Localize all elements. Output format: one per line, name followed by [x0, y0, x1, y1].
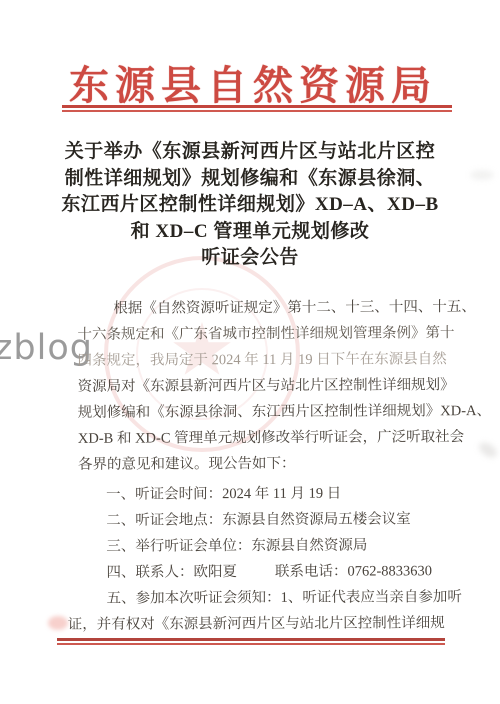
- scanned-document-page: zblog 东源县自然资源局 关于举办《东源县新河西片区与站北片区控 制性详细规…: [0, 0, 500, 704]
- contact-phone: 联系电话：0762-8833630: [275, 558, 432, 585]
- body-line-hearing-host: 三、举行听证会单位：东源县自然资源局: [78, 532, 452, 560]
- contact-person: 四、联系人：欧阳夏: [106, 559, 237, 586]
- document-title: 关于举办《东源县新河西片区与站北片区控 制性详细规划》规划修编和《东源县徐洞、 …: [0, 139, 500, 272]
- agency-header: 东源县自然资源局: [0, 54, 500, 111]
- body-line-notice: 五、参加本次听证会须知：1、听证代表应当亲自参加听: [79, 584, 453, 612]
- body-line: 资源局对《东源县新河西片区与站北片区控制性详细规划》: [78, 372, 452, 400]
- footer-divider: [57, 638, 445, 645]
- title-line: 制性详细规划》规划修编和《东源县徐洞、: [0, 166, 500, 193]
- body-line: 根据《自然资源听证规定》第十二、十三、十四、十五、: [77, 294, 451, 322]
- document-body: 根据《自然资源听证规定》第十二、十三、十四、十五、 十六条规定和《广东省城市控制…: [77, 294, 452, 638]
- body-line: 各界的意见和建议。现公告如下：: [78, 450, 452, 478]
- title-line: 听证会公告: [0, 245, 500, 272]
- body-line: XD-B 和 XD-C 管理单元规划修改举行听证会，广泛听取社会: [78, 424, 452, 452]
- scan-smudge: [48, 616, 68, 630]
- title-line: 关于举办《东源县新河西片区与站北片区控: [0, 139, 500, 166]
- header-divider: [62, 105, 452, 112]
- body-line: 证，并有权对《东源县新河西片区与站北片区控制性详细规: [68, 610, 453, 638]
- scan-smudge: [476, 439, 499, 460]
- body-line-hearing-time: 一、听证会时间：2024 年 11 月 19 日: [78, 480, 452, 508]
- body-line: 规划修编和《东源县徐洞、东江西片区控制性详细规划》XD-A、: [78, 398, 452, 426]
- body-line: 十六条规定和《广东省城市控制性详细规划管理条例》第十: [77, 320, 451, 348]
- body-line: 四条规定，我局定于 2024 年 11 月 19 日下午在东源县自然: [77, 346, 451, 374]
- title-line: 东江西片区控制性详细规划》XD–A、XD–B: [0, 192, 500, 219]
- body-line-hearing-place: 二、听证会地点：东源县自然资源局五楼会议室: [78, 506, 452, 534]
- body-line-contact: 四、联系人：欧阳夏 联系电话：0762-8833630: [78, 558, 452, 586]
- title-line: 和 XD–C 管理单元规划修改: [0, 219, 500, 246]
